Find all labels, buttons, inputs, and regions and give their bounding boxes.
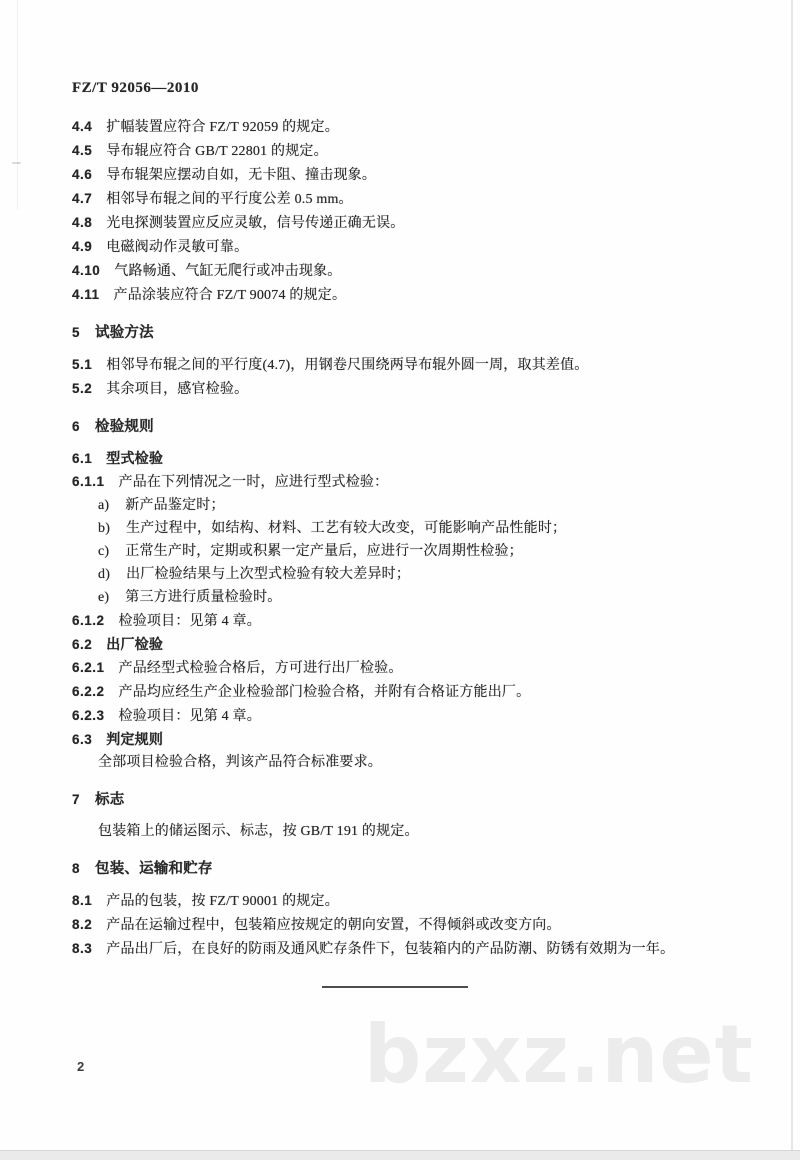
list-text: 出厂检验结果与上次型式检验有较大差异时； bbox=[126, 567, 410, 582]
clause-line: 4.9电磁阀动作灵敏可靠。 bbox=[72, 235, 730, 259]
paragraph: 全部项目检验合格，判该产品符合标准要求。 bbox=[72, 751, 730, 774]
clause-number: 4.8 bbox=[72, 215, 92, 230]
clause-line: 6.2.2产品均应经生产企业检验部门检验合格，并附有合格证方能出厂。 bbox=[72, 680, 730, 704]
clause-line: 4.8光电探测装置应反应灵敏，信号传递正确无误。 bbox=[72, 211, 730, 235]
scanned-document-page: FZ/T 92056—2010 4.4扩幅装置应符合 FZ/T 92059 的规… bbox=[0, 0, 800, 1160]
clause-number: 8.3 bbox=[72, 941, 92, 956]
clause-line: 4.10气路畅通、气缸无爬行或冲击现象。 bbox=[72, 259, 730, 283]
clause-text: 其余项目，感官检验。 bbox=[106, 382, 248, 397]
clause-line: 4.11产品涂装应符合 FZ/T 90074 的规定。 bbox=[72, 283, 730, 307]
clause-line: 6.1.1产品在下列情况之一时，应进行型式检验： bbox=[72, 470, 730, 494]
list-item: a)新产品鉴定时； bbox=[72, 494, 730, 517]
clause-text: 检验项目：见第 4 章。 bbox=[119, 709, 261, 724]
clause-number: 4.9 bbox=[72, 239, 92, 254]
clause-number: 4.10 bbox=[72, 263, 100, 278]
subsection-number: 6.3 bbox=[72, 732, 92, 747]
clause-text: 产品涂装应符合 FZ/T 90074 的规定。 bbox=[114, 288, 347, 303]
list-marker: d) bbox=[98, 567, 110, 582]
clause-text: 导布辊架应摆动自如，无卡阻、撞击现象。 bbox=[106, 168, 376, 183]
clause-number: 6.2.1 bbox=[72, 660, 105, 675]
clause-line: 5.2其余项目，感官检验。 bbox=[72, 377, 730, 401]
scan-edge-bottom bbox=[0, 1150, 800, 1160]
list-text: 生产过程中，如结构、材料、工艺有较大改变，可能影响产品性能时； bbox=[126, 521, 566, 536]
subsection-heading: 6.2出厂检验 bbox=[72, 633, 730, 656]
subsection-title: 判定规则 bbox=[106, 731, 163, 747]
subsection-number: 6.2 bbox=[72, 637, 92, 652]
document-content: FZ/T 92056—2010 4.4扩幅装置应符合 FZ/T 92059 的规… bbox=[0, 0, 800, 988]
clause-text: 相邻导布辊之间的平行度公差 0.5 mm。 bbox=[106, 192, 352, 207]
clause-line: 4.5导布辊应符合 GB/T 22801 的规定。 bbox=[72, 139, 730, 163]
clause-line: 8.2产品在运输过程中，包装箱应按规定的朝向安置，不得倾斜或改变方向。 bbox=[72, 913, 730, 937]
clause-text: 产品的包装，按 FZ/T 90001 的规定。 bbox=[106, 894, 339, 909]
list-marker: e) bbox=[98, 590, 109, 605]
clause-line: 5.1相邻导布辊之间的平行度(4.7)，用钢卷尺围绕两导布辊外圆一周，取其差值。 bbox=[72, 353, 730, 377]
clause-number: 5.1 bbox=[72, 357, 92, 372]
clause-number: 6.2.2 bbox=[72, 684, 105, 699]
clause-number: 4.4 bbox=[72, 119, 92, 134]
clause-text: 产品在下列情况之一时，应进行型式检验： bbox=[119, 475, 389, 490]
clause-text: 产品出厂后，在良好的防雨及通风贮存条件下，包装箱内的产品防潮、防锈有效期为一年。 bbox=[106, 942, 674, 957]
section-heading: 8包装、运输和贮存 bbox=[72, 857, 730, 881]
list-item: b)生产过程中，如结构、材料、工艺有较大改变，可能影响产品性能时； bbox=[72, 517, 730, 540]
list-item: e)第三方进行质量检验时。 bbox=[72, 586, 730, 609]
paragraph: 包装箱上的储运图示、标志，按 GB/T 191 的规定。 bbox=[72, 820, 730, 843]
clause-text: 检验项目：见第 4 章。 bbox=[119, 614, 261, 629]
clause-line: 8.3产品出厂后，在良好的防雨及通风贮存条件下，包装箱内的产品防潮、防锈有效期为… bbox=[72, 937, 730, 961]
clause-number: 5.2 bbox=[72, 381, 92, 396]
clause-number: 8.2 bbox=[72, 917, 92, 932]
list-item: d)出厂检验结果与上次型式检验有较大差异时； bbox=[72, 563, 730, 586]
section-number: 8 bbox=[72, 861, 80, 876]
clause-text: 气路畅通、气缸无爬行或冲击现象。 bbox=[114, 264, 341, 279]
subsection-title: 型式检验 bbox=[106, 450, 163, 466]
clause-text: 产品在运输过程中，包装箱应按规定的朝向安置，不得倾斜或改变方向。 bbox=[106, 918, 560, 933]
section-number: 7 bbox=[72, 792, 80, 807]
list-text: 新产品鉴定时； bbox=[125, 498, 224, 513]
clause-line: 6.2.3检验项目：见第 4 章。 bbox=[72, 704, 730, 728]
list-item: c)正常生产时，定期或积累一定产量后，应进行一次周期性检验； bbox=[72, 540, 730, 563]
clause-text: 电磁阀动作灵敏可靠。 bbox=[106, 240, 248, 255]
section-heading: 7标志 bbox=[72, 788, 730, 812]
standard-number-header: FZ/T 92056—2010 bbox=[72, 78, 730, 98]
clause-line: 8.1产品的包装，按 FZ/T 90001 的规定。 bbox=[72, 889, 730, 913]
section-number: 5 bbox=[72, 325, 80, 340]
clause-number: 4.5 bbox=[72, 143, 92, 158]
clause-number: 4.7 bbox=[72, 191, 92, 206]
clause-line: 4.6导布辊架应摆动自如，无卡阻、撞击现象。 bbox=[72, 163, 730, 187]
watermark-text: bzxz.net bbox=[364, 1008, 754, 1101]
list-marker: c) bbox=[98, 544, 109, 559]
section-title: 检验规则 bbox=[95, 419, 154, 435]
list-text: 正常生产时，定期或积累一定产量后，应进行一次周期性检验； bbox=[125, 544, 523, 559]
list-text: 第三方进行质量检验时。 bbox=[125, 590, 281, 605]
section-heading: 6检验规则 bbox=[72, 415, 730, 439]
clause-text: 产品经型式检验合格后，方可进行出厂检验。 bbox=[119, 661, 403, 676]
clause-number: 6.1.1 bbox=[72, 474, 105, 489]
clause-text: 扩幅装置应符合 FZ/T 92059 的规定。 bbox=[106, 120, 339, 135]
end-of-text-rule bbox=[322, 986, 468, 988]
list-marker: b) bbox=[98, 521, 110, 536]
section-title: 包装、运输和贮存 bbox=[95, 861, 213, 877]
page-number: 2 bbox=[77, 1059, 84, 1074]
subsection-number: 6.1 bbox=[72, 451, 92, 466]
clause-number: 6.2.3 bbox=[72, 708, 105, 723]
list-marker: a) bbox=[98, 498, 109, 513]
section-title: 标志 bbox=[95, 792, 124, 808]
clause-text: 产品均应经生产企业检验部门检验合格，并附有合格证方能出厂。 bbox=[119, 685, 531, 700]
clause-text: 导布辊应符合 GB/T 22801 的规定。 bbox=[106, 144, 328, 159]
clause-number: 8.1 bbox=[72, 893, 92, 908]
section-heading: 5试验方法 bbox=[72, 321, 730, 345]
clause-number: 6.1.2 bbox=[72, 613, 105, 628]
subsection-title: 出厂检验 bbox=[106, 636, 163, 652]
clause-line: 4.7相邻导布辊之间的平行度公差 0.5 mm。 bbox=[72, 187, 730, 211]
clause-text: 相邻导布辊之间的平行度(4.7)，用钢卷尺围绕两导布辊外圆一周，取其差值。 bbox=[106, 358, 588, 373]
subsection-heading: 6.3判定规则 bbox=[72, 728, 730, 751]
section-number: 6 bbox=[72, 419, 80, 434]
clause-number: 4.11 bbox=[72, 287, 100, 302]
clause-line: 4.4扩幅装置应符合 FZ/T 92059 的规定。 bbox=[72, 115, 730, 139]
clause-line: 6.1.2检验项目：见第 4 章。 bbox=[72, 609, 730, 633]
clause-line: 6.2.1产品经型式检验合格后，方可进行出厂检验。 bbox=[72, 656, 730, 680]
clause-text: 光电探测装置应反应灵敏，信号传递正确无误。 bbox=[106, 216, 404, 231]
subsection-heading: 6.1型式检验 bbox=[72, 447, 730, 470]
section-title: 试验方法 bbox=[95, 325, 154, 341]
clause-number: 4.6 bbox=[72, 167, 92, 182]
